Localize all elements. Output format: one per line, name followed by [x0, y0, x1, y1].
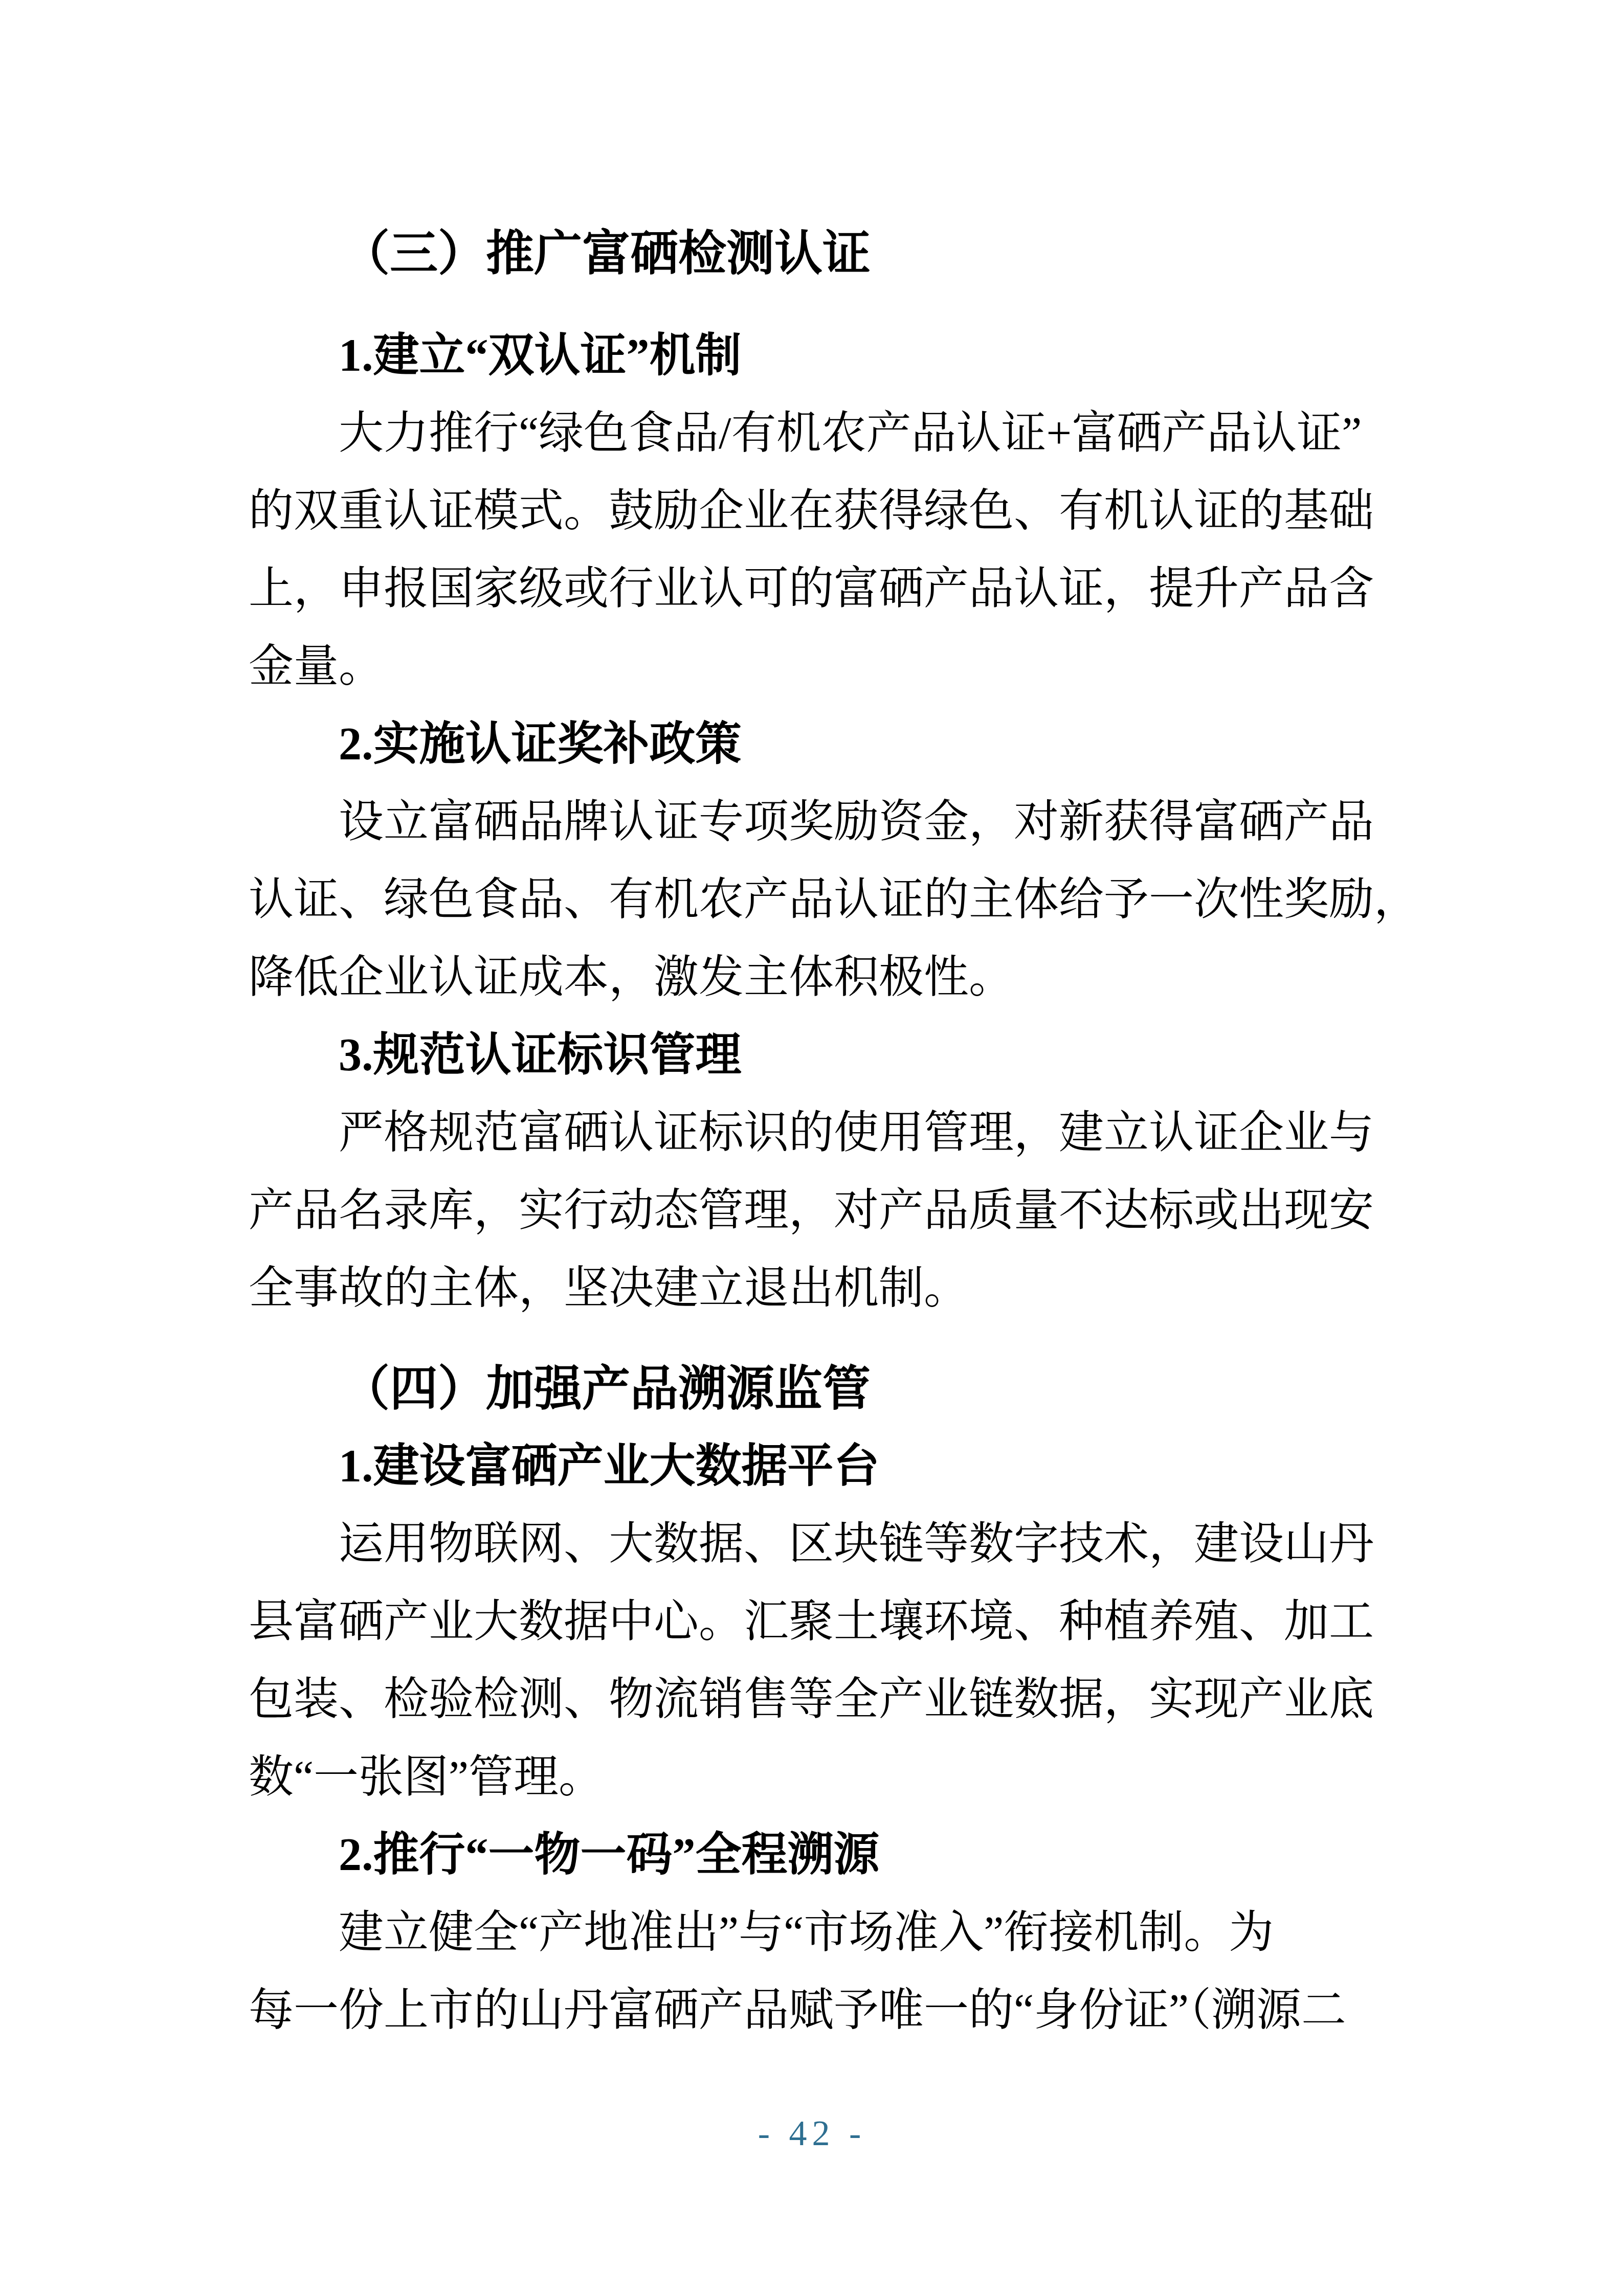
document-page: （三）推广富硒检测认证 1.建立“双认证”机制 大力推行“绿色食品/有机农产品认… — [0, 0, 1624, 2296]
paragraph-line: 上，申报国家级或行业认可的富硒产品认证，提升产品含 — [249, 550, 1376, 628]
paragraph-line: 严格规范富硒认证标识的使用管理，建立认证企业与 — [249, 1094, 1376, 1172]
paragraph-line: 全事故的主体，坚决建立退出机制。 — [249, 1250, 1376, 1327]
paragraph-4-2: 建立健全“产地准出”与“市场准入”衔接机制。为 每一份上市的山丹富硒产品赋予唯一… — [249, 1894, 1376, 2050]
paragraph-3-3: 严格规范富硒认证标识的使用管理，建立认证企业与 产品名录库，实行动态管理，对产品… — [249, 1094, 1376, 1327]
paragraph-line: 金量。 — [249, 628, 1376, 706]
subsection-heading-4-1: 1.建设富硒产业大数据平台 — [249, 1428, 1376, 1505]
paragraph-line: 认证、绿色食品、有机农产品认证的主体给予一次性奖励， — [249, 861, 1376, 939]
paragraph-4-1: 运用物联网、大数据、区块链等数字技术，建设山丹 县富硒产业大数据中心。汇聚土壤环… — [249, 1505, 1376, 1816]
paragraph-line: 建立健全“产地准出”与“市场准入”衔接机制。为 — [249, 1894, 1376, 1972]
document-content: （三）推广富硒检测认证 1.建立“双认证”机制 大力推行“绿色食品/有机农产品认… — [249, 215, 1376, 2050]
paragraph-line: 降低企业认证成本，激发主体积极性。 — [249, 939, 1376, 1017]
page-footer: - 42 - — [0, 2112, 1624, 2156]
subsection-heading-4-2: 2.推行“一物一码”全程溯源 — [249, 1816, 1376, 1894]
subsection-heading-3-2: 2.实施认证奖补政策 — [249, 706, 1376, 783]
section-heading-3: （三）推广富硒检测认证 — [249, 215, 1376, 292]
subsection-heading-3-1: 1.建立“双认证”机制 — [249, 317, 1376, 395]
paragraph-line: 县富硒产业大数据中心。汇聚土壤环境、种植养殖、加工 — [249, 1583, 1376, 1661]
paragraph-line: 的双重认证模式。鼓励企业在获得绿色、有机认证的基础 — [249, 472, 1376, 550]
paragraph-line: 设立富硒品牌认证专项奖励资金，对新获得富硒产品 — [249, 783, 1376, 861]
paragraph-line: 产品名录库，实行动态管理，对产品质量不达标或出现安 — [249, 1172, 1376, 1250]
paragraph-3-2: 设立富硒品牌认证专项奖励资金，对新获得富硒产品 认证、绿色食品、有机农产品认证的… — [249, 783, 1376, 1017]
paragraph-line: 数“一张图”管理。 — [249, 1739, 1376, 1816]
paragraph-line: 运用物联网、大数据、区块链等数字技术，建设山丹 — [249, 1505, 1376, 1583]
section-heading-4: （四）加强产品溯源监管 — [249, 1350, 1376, 1428]
page-number: - 42 - — [758, 2114, 866, 2153]
paragraph-line: 大力推行“绿色食品/有机农产品认证+富硒产品认证” — [249, 395, 1376, 472]
subsection-heading-3-3: 3.规范认证标识管理 — [249, 1017, 1376, 1094]
paragraph-3-1: 大力推行“绿色食品/有机农产品认证+富硒产品认证” 的双重认证模式。鼓励企业在获… — [249, 395, 1376, 706]
paragraph-line: 包装、检验检测、物流销售等全产业链数据，实现产业底 — [249, 1661, 1376, 1739]
paragraph-line: 每一份上市的山丹富硒产品赋予唯一的“身份证”（溯源二 — [249, 1972, 1376, 2050]
